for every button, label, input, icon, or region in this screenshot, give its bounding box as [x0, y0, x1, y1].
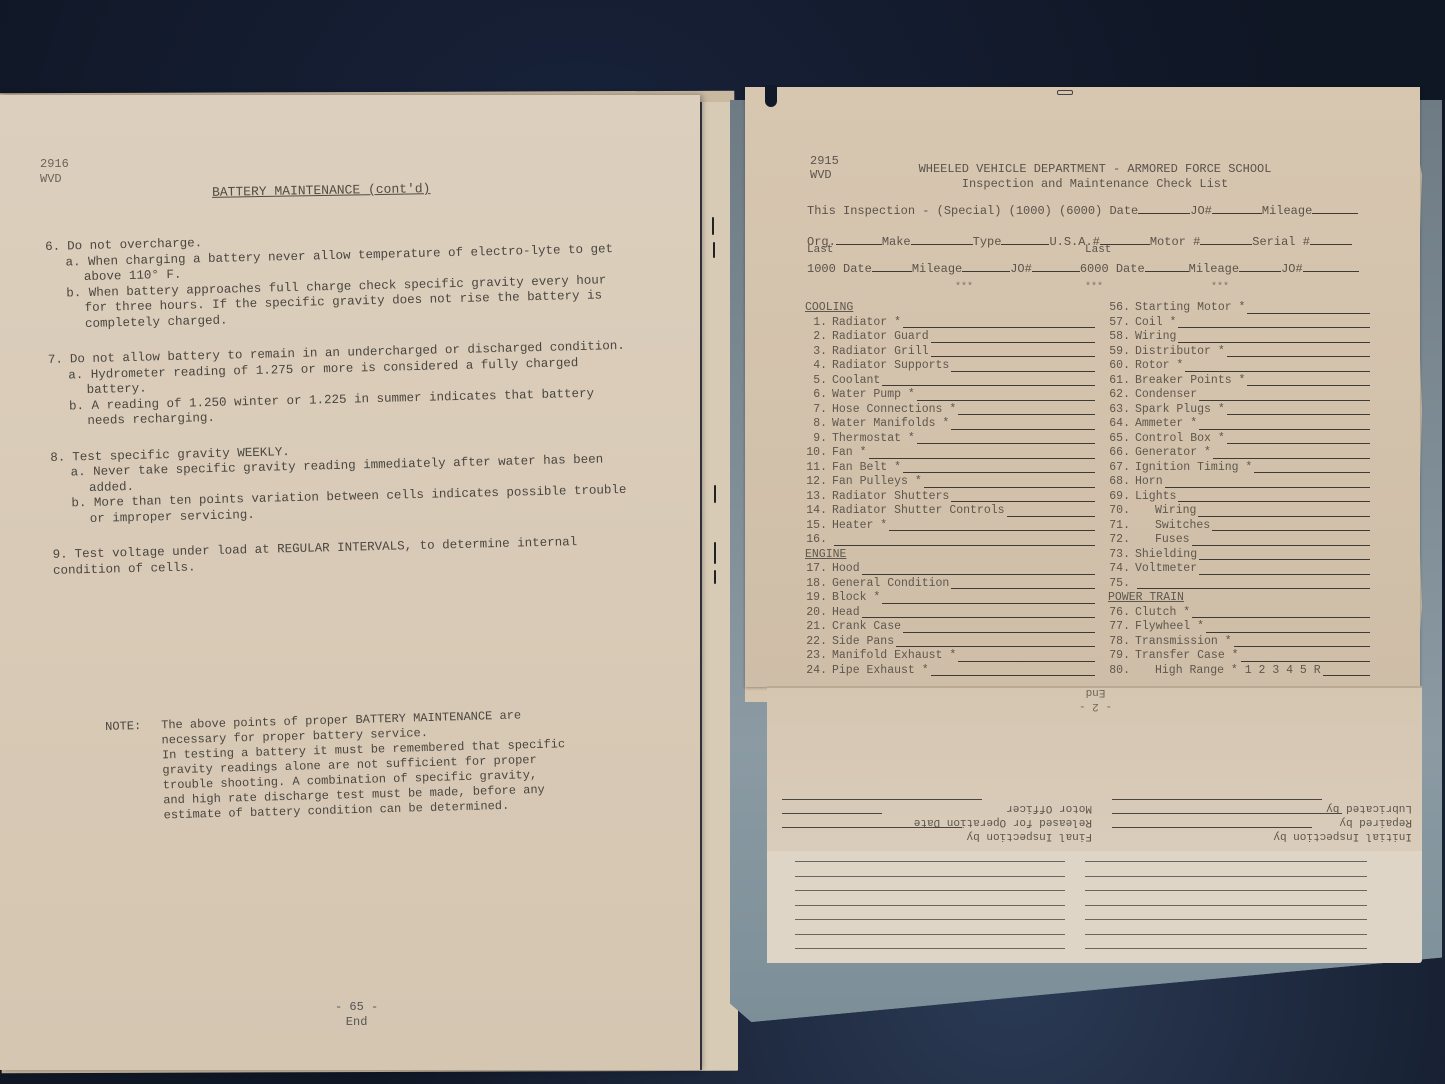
- item-label: Generator *: [1135, 446, 1211, 461]
- item-number: 56.: [1108, 301, 1130, 316]
- item-number: 19.: [805, 591, 827, 606]
- item-number: 9.: [805, 432, 827, 447]
- item-number: 63.: [1108, 403, 1130, 418]
- ruled-line[interactable]: [795, 905, 1065, 906]
- item-number: 24.: [805, 664, 827, 679]
- item-number: 76.: [1108, 606, 1130, 621]
- checklist-row: 67.Ignition Timing *: [1108, 461, 1370, 476]
- entry-line[interactable]: [1206, 632, 1370, 633]
- item-label: Transmission *: [1135, 635, 1232, 650]
- item-label: Coil *: [1135, 316, 1176, 331]
- item-number: 70.: [1108, 504, 1130, 519]
- end-label: End: [1079, 685, 1112, 699]
- checklist-row: 4.Radiator Supports: [805, 359, 1095, 374]
- entry-line[interactable]: [1241, 661, 1370, 662]
- item-number: 23.: [805, 649, 827, 664]
- entry-line[interactable]: [882, 603, 1095, 604]
- ruled-line[interactable]: [795, 934, 1065, 935]
- entry-line[interactable]: [1213, 458, 1370, 459]
- item-number: 4.: [805, 359, 827, 374]
- checklist-row: 63.Spark Plugs *: [1108, 403, 1370, 418]
- maintenance-item: 9.Test voltage under load at REGULAR INT…: [53, 533, 644, 578]
- entry-line[interactable]: [862, 574, 1095, 575]
- entry-line[interactable]: [958, 414, 1095, 415]
- entry-line[interactable]: [951, 371, 1095, 372]
- item-label: Side Pans: [832, 635, 894, 650]
- entry-line[interactable]: [1199, 400, 1370, 401]
- inspection-checklist-page: 2915 WVD WHEELED VEHICLE DEPARTMENT - AR…: [745, 87, 1420, 687]
- note-text: The above points of proper BATTERY MAINT…: [161, 706, 608, 823]
- item-number: 20.: [805, 606, 827, 621]
- item-label: Crank Case: [832, 620, 901, 635]
- checklist-row: 7.Hose Connections *: [805, 403, 1095, 418]
- make-label: Make: [882, 235, 911, 249]
- checklist-row: 70.Wiring: [1108, 504, 1370, 519]
- item-text: Do not overcharge.: [67, 236, 202, 253]
- separator: ***: [1085, 282, 1103, 293]
- item-number: 12.: [805, 475, 827, 490]
- checklist-subtitle: Inspection and Maintenance Check List: [905, 177, 1285, 192]
- last-1000-mileage-field[interactable]: [962, 261, 1010, 272]
- checklist-row: 22.Side Pans: [805, 635, 1095, 650]
- entry-line[interactable]: [1199, 559, 1370, 560]
- item-number: 74.: [1108, 562, 1130, 577]
- maintenance-item: 7.Do not allow battery to remain in an u…: [48, 339, 640, 431]
- item-label: Fan Belt *: [832, 461, 901, 476]
- motor-number-label: Motor #: [1150, 235, 1200, 249]
- entry-line[interactable]: [896, 646, 1095, 647]
- ruled-line[interactable]: [1085, 919, 1367, 920]
- ruled-line[interactable]: [1085, 905, 1367, 906]
- department-title: WHEELED VEHICLE DEPARTMENT - ARMORED FOR…: [905, 162, 1285, 177]
- entry-line[interactable]: [931, 675, 1095, 676]
- battery-maintenance-page: 2916 WVD BATTERY MAINTENANCE (cont'd) 6.…: [0, 95, 700, 1070]
- item-number: 18.: [805, 577, 827, 592]
- item-label: Water Manifolds *: [832, 417, 949, 432]
- entry-line[interactable]: [1247, 385, 1370, 386]
- sub-item-letter: a.: [65, 255, 80, 269]
- checklist-row: 62.Condenser: [1108, 388, 1370, 403]
- ruled-line[interactable]: [795, 861, 1065, 862]
- jo-field[interactable]: [1212, 203, 1262, 214]
- entry-line[interactable]: [1227, 443, 1370, 444]
- item-number: 11.: [805, 461, 827, 476]
- item-number: 78.: [1108, 635, 1130, 650]
- entry-line[interactable]: [1178, 342, 1370, 343]
- entry-line[interactable]: [1007, 516, 1095, 517]
- checklist-column-right: 56.Starting Motor *57.Coil *58.Wiring59.…: [1108, 301, 1370, 678]
- entry-line[interactable]: [924, 487, 1095, 488]
- ruled-line[interactable]: [1085, 876, 1367, 877]
- entry-line[interactable]: [862, 617, 1095, 618]
- item-number: 6.: [805, 388, 827, 403]
- checklist-row: 17.Hood: [805, 562, 1095, 577]
- checklist-row: 80.High Range * 1 2 3 4 5 R: [1108, 664, 1370, 679]
- maintenance-items: 6.Do not overcharge.a. When charging a b…: [45, 226, 644, 599]
- entry-line[interactable]: [951, 588, 1095, 589]
- checklist-row: 68.Horn: [1108, 475, 1370, 490]
- last-6000-jo-label: JO#: [1281, 262, 1303, 276]
- flipped-page-footer: - 2 - End: [1079, 685, 1112, 713]
- item-label: Radiator Shutters: [832, 490, 949, 505]
- entry-line[interactable]: [931, 356, 1095, 357]
- entry-line[interactable]: [917, 400, 1095, 401]
- initial-signature-labels: Initial Inspection by Repaired by Lubric…: [1273, 801, 1412, 843]
- item-number: 64.: [1108, 417, 1130, 432]
- note-block: NOTE: The above points of proper BATTERY…: [105, 706, 608, 825]
- checklist-title: WHEELED VEHICLE DEPARTMENT - ARMORED FOR…: [905, 162, 1285, 192]
- item-number: 75.: [1108, 577, 1130, 592]
- item-number: 73.: [1108, 548, 1130, 563]
- entry-line[interactable]: [1165, 487, 1370, 488]
- mileage-field[interactable]: [1312, 203, 1358, 214]
- checklist-row: 3.Radiator Grill: [805, 345, 1095, 360]
- item-number: 3.: [805, 345, 827, 360]
- item-number: 21.: [805, 620, 827, 635]
- page-footer: - 65 - End: [335, 1000, 378, 1030]
- checklist-row: 8.Water Manifolds *: [805, 417, 1095, 432]
- staple-icon: [1057, 90, 1073, 95]
- item-label: Ignition Timing *: [1135, 461, 1252, 476]
- vehicle-info-line: Org.MakeTypeU.S.A.#Motor #Serial #: [807, 234, 1352, 249]
- item-label: Heater *: [832, 519, 887, 534]
- last-1000-jo-label: JO#: [1010, 262, 1032, 276]
- upside-down-content: - 2 - End Initial Inspection by Repaired…: [767, 688, 1422, 853]
- checklist-row: 78.Transmission *: [1108, 635, 1370, 650]
- checklist-row: 6.Water Pump *: [805, 388, 1095, 403]
- item-label: Radiator Guard: [832, 330, 929, 345]
- item-label: Coolant: [832, 374, 880, 389]
- last-label: Last: [807, 245, 833, 256]
- item-label: Radiator Supports: [832, 359, 949, 374]
- entry-line[interactable]: [869, 458, 1095, 459]
- item-label: Radiator Shutter Controls: [832, 504, 1005, 519]
- signature-line[interactable]: [782, 799, 982, 801]
- checklist-row: 75.: [1108, 577, 1370, 592]
- entry-line[interactable]: [882, 385, 1095, 386]
- item-number: 59.: [1108, 345, 1130, 360]
- item-number: 7.: [805, 403, 827, 418]
- item-heading: 9.Test voltage under load at REGULAR INT…: [53, 533, 644, 578]
- checklist-row: 9.Thermostat *: [805, 432, 1095, 447]
- last-6000-jo-field[interactable]: [1303, 261, 1359, 272]
- item-number: 17.: [805, 562, 827, 577]
- motor-number-field[interactable]: [1200, 234, 1252, 245]
- item-number: 61.: [1108, 374, 1130, 389]
- checklist-row: 66.Generator *: [1108, 446, 1370, 461]
- entry-line[interactable]: [1227, 356, 1370, 357]
- jo-label: JO#: [1190, 204, 1212, 218]
- checklist-column-left: COOLING1.Radiator *2.Radiator Guard3.Rad…: [805, 301, 1095, 678]
- signature-line[interactable]: [1112, 813, 1342, 815]
- item-label: Horn: [1135, 475, 1163, 490]
- item-label: Rotor *: [1135, 359, 1183, 374]
- checklist-row: 72.Fuses: [1108, 533, 1370, 548]
- entry-line[interactable]: [834, 545, 1095, 546]
- item-number: 69.: [1108, 490, 1130, 505]
- sub-item-letter: b.: [66, 286, 81, 300]
- checklist-row: 16.: [805, 533, 1095, 548]
- item-number: 77.: [1108, 620, 1130, 635]
- note-label: NOTE:: [105, 719, 141, 735]
- item-label: Fan *: [832, 446, 867, 461]
- separator: ***: [955, 282, 973, 293]
- item-number: 14.: [805, 504, 827, 519]
- checklist-row: 71.Switches: [1108, 519, 1370, 534]
- entry-line[interactable]: [1192, 545, 1370, 546]
- item-number: 71.: [1108, 519, 1130, 534]
- checklist-row: 10.Fan *: [805, 446, 1095, 461]
- type-field[interactable]: [1001, 234, 1049, 245]
- maintenance-item: 6.Do not overcharge.a. When charging a b…: [45, 226, 637, 333]
- doc-number: 2915: [810, 154, 839, 168]
- item-number: 79.: [1108, 649, 1130, 664]
- item-label: Voltmeter: [1135, 562, 1197, 577]
- item-label: Spark Plugs *: [1135, 403, 1225, 418]
- checklist-row: 19.Block *: [805, 591, 1095, 606]
- entry-line[interactable]: [1234, 646, 1370, 647]
- item-number: 22.: [805, 635, 827, 650]
- sub-item-letter: b.: [69, 399, 84, 413]
- checklist-row: 20.Head: [805, 606, 1095, 621]
- item-label: Lights: [1135, 490, 1176, 505]
- mileage-label: Mileage: [1262, 204, 1312, 218]
- checklist-row: 73.Shielding: [1108, 548, 1370, 563]
- checklist-row: 12.Fan Pulleys *: [805, 475, 1095, 490]
- sub-item-letter: a.: [71, 465, 86, 479]
- signature-line[interactable]: [1112, 799, 1322, 801]
- entry-line[interactable]: [903, 632, 1095, 633]
- item-label: Radiator Grill: [832, 345, 929, 360]
- entry-line[interactable]: [1192, 617, 1370, 618]
- ruled-line[interactable]: [795, 919, 1065, 920]
- sub-item-letter: a.: [68, 368, 83, 382]
- item-label: Hood: [832, 562, 860, 577]
- item-number: 60.: [1108, 359, 1130, 374]
- entry-line[interactable]: [1178, 501, 1370, 502]
- entry-line[interactable]: [903, 327, 1095, 328]
- serial-number-field[interactable]: [1310, 234, 1352, 245]
- item-number: 5.: [805, 374, 827, 389]
- checklist-row: 13.Radiator Shutters: [805, 490, 1095, 505]
- binding-stitch: [714, 542, 716, 564]
- item-label: Ammeter *: [1135, 417, 1197, 432]
- item-label: Flywheel *: [1135, 620, 1204, 635]
- entry-line[interactable]: [903, 472, 1095, 473]
- item-number: 68.: [1108, 475, 1130, 490]
- item-number: 65.: [1108, 432, 1130, 447]
- checklist-row: 14.Radiator Shutter Controls: [805, 504, 1095, 519]
- item-number: 62.: [1108, 388, 1130, 403]
- org-field[interactable]: [836, 234, 882, 245]
- checklist-row: 74.Voltmeter: [1108, 562, 1370, 577]
- checklist-row: 1.Radiator *: [805, 316, 1095, 331]
- item-number: 9.: [53, 547, 75, 563]
- item-number: 66.: [1108, 446, 1130, 461]
- page-number: - 65 -: [335, 1000, 378, 1015]
- checklist-row: 56.Starting Motor *: [1108, 301, 1370, 316]
- entry-line[interactable]: [958, 661, 1095, 662]
- item-label: High Range * 1 2 3 4 5 R: [1135, 664, 1321, 679]
- final-signature-labels: Final Inspection by Released for Operati…: [914, 801, 1092, 843]
- item-label: Radiator *: [832, 316, 901, 331]
- checklist-row: 15.Heater *: [805, 519, 1095, 534]
- item-number: 57.: [1108, 316, 1130, 331]
- item-label: Wiring: [1135, 330, 1176, 345]
- item-number: 8.: [50, 450, 72, 466]
- item-number: 8.: [805, 417, 827, 432]
- entry-line[interactable]: [1199, 574, 1370, 575]
- ruled-line[interactable]: [1085, 890, 1367, 891]
- last-6000-mileage-field[interactable]: [1239, 261, 1281, 272]
- item-number: 58.: [1108, 330, 1130, 345]
- item-number: 2.: [805, 330, 827, 345]
- page-title: BATTERY MAINTENANCE (cont'd): [212, 181, 431, 200]
- checklist-row: 59.Distributor *: [1108, 345, 1370, 360]
- item-number: 15.: [805, 519, 827, 534]
- checklist-row: 60.Rotor *: [1108, 359, 1370, 374]
- item-number: 67.: [1108, 461, 1130, 476]
- signature-line[interactable]: [782, 827, 962, 829]
- checklist-row: 79.Transfer Case *: [1108, 649, 1370, 664]
- entry-line[interactable]: [951, 429, 1095, 430]
- ruled-line[interactable]: [795, 948, 1065, 949]
- last-service-line: 1000 DateMileageJO#6000 DateMileageJO#: [807, 261, 1359, 276]
- ruled-line[interactable]: [1085, 861, 1367, 862]
- last-label: Last: [1085, 245, 1111, 256]
- document-code: 2915 WVD: [810, 154, 839, 182]
- signature-line[interactable]: [1112, 827, 1312, 829]
- entry-line[interactable]: [931, 342, 1095, 343]
- sub-item-letter: b.: [71, 496, 86, 510]
- checklist-row: 5.Coolant: [805, 374, 1095, 389]
- checklist-row: 77.Flywheel *: [1108, 620, 1370, 635]
- item-label: Condenser: [1135, 388, 1197, 403]
- item-number: 6.: [45, 239, 67, 255]
- entry-line[interactable]: [1199, 429, 1370, 430]
- item-label: General Condition: [832, 577, 949, 592]
- entry-line[interactable]: [1185, 371, 1370, 372]
- entry-line[interactable]: [951, 501, 1095, 502]
- item-number: 7.: [48, 352, 70, 368]
- last-1000-mileage-label: Mileage: [912, 262, 962, 276]
- entry-line[interactable]: [1137, 588, 1370, 589]
- ruled-line[interactable]: [1085, 934, 1367, 935]
- binding-stitch: [714, 570, 716, 584]
- ruled-notes-area: [767, 851, 1422, 963]
- signature-line[interactable]: [782, 813, 882, 815]
- end-label: End: [335, 1015, 378, 1030]
- item-label: Wiring: [1135, 504, 1196, 519]
- checklist-row: 24.Pipe Exhaust *: [805, 664, 1095, 679]
- last-6000-date-label: 6000 Date: [1080, 262, 1145, 276]
- punch-notch: [765, 85, 777, 107]
- doc-number: 2916: [40, 157, 69, 172]
- entry-line[interactable]: [1178, 327, 1370, 328]
- checklist-row: 61.Breaker Points *: [1108, 374, 1370, 389]
- item-label: Breaker Points *: [1135, 374, 1245, 389]
- checklist-row: 69.Lights: [1108, 490, 1370, 505]
- item-text: Test voltage under load at REGULAR INTER…: [53, 535, 577, 577]
- entry-line[interactable]: [1247, 313, 1370, 314]
- binding-stitch: [714, 485, 716, 503]
- entry-line[interactable]: [917, 443, 1095, 444]
- item-label: Clutch *: [1135, 606, 1190, 621]
- binding-stitch: [712, 217, 714, 235]
- section-heading: POWER TRAIN: [1108, 591, 1370, 606]
- doc-dept: WVD: [40, 172, 69, 187]
- last-1000-date-field[interactable]: [872, 261, 912, 272]
- type-label: Type: [973, 235, 1002, 249]
- last-1000-date-label: 1000 Date: [807, 262, 872, 276]
- item-number: 16.: [805, 533, 827, 548]
- item-label: Shielding: [1135, 548, 1197, 563]
- item-label: Control Box *: [1135, 432, 1225, 447]
- last-6000-date-field[interactable]: [1145, 261, 1189, 272]
- separator: ***: [1211, 282, 1229, 293]
- item-number: 10.: [805, 446, 827, 461]
- doc-dept: WVD: [810, 168, 839, 182]
- checklist-row: 65.Control Box *: [1108, 432, 1370, 447]
- flipped-signature-page: - 2 - End Initial Inspection by Repaired…: [767, 686, 1422, 853]
- item-number: 1.: [805, 316, 827, 331]
- binding-stitch: [713, 242, 715, 258]
- make-field[interactable]: [911, 234, 973, 245]
- section-heading: ENGINE: [805, 548, 1095, 563]
- item-label: Hose Connections *: [832, 403, 956, 418]
- item-number: 72.: [1108, 533, 1130, 548]
- entry-line[interactable]: [1212, 530, 1370, 531]
- item-label: Manifold Exhaust *: [832, 649, 956, 664]
- section-heading: COOLING: [805, 301, 1095, 316]
- inspection-line: This Inspection - (Special) (1000) (6000…: [807, 203, 1358, 218]
- checklist-row: 57.Coil *: [1108, 316, 1370, 331]
- entry-line[interactable]: [1323, 675, 1370, 676]
- checklist-row: 76.Clutch *: [1108, 606, 1370, 621]
- checklist-row: 2.Radiator Guard: [805, 330, 1095, 345]
- last-1000-jo-field[interactable]: [1032, 261, 1080, 272]
- ruled-line[interactable]: [795, 890, 1065, 891]
- page-number: - 2 -: [1079, 699, 1112, 713]
- last-6000-mileage-label: Mileage: [1189, 262, 1239, 276]
- checklist-row: 23.Manifold Exhaust *: [805, 649, 1095, 664]
- entry-line[interactable]: [1198, 516, 1370, 517]
- item-number: 80.: [1108, 664, 1130, 679]
- item-label: Fuses: [1135, 533, 1190, 548]
- item-label: Switches: [1135, 519, 1210, 534]
- checklist-row: 11.Fan Belt *: [805, 461, 1095, 476]
- date-field[interactable]: [1138, 203, 1190, 214]
- item-label: Fan Pulleys *: [832, 475, 922, 490]
- entry-line[interactable]: [1227, 414, 1370, 415]
- item-label: Thermostat *: [832, 432, 915, 447]
- item-label: Transfer Case *: [1135, 649, 1239, 664]
- maintenance-item: 8.Test specific gravity WEEKLY.a. Never …: [50, 436, 642, 528]
- ruled-line[interactable]: [1085, 948, 1367, 949]
- document-code: 2916 WVD: [40, 157, 69, 187]
- ruled-line[interactable]: [795, 876, 1065, 877]
- item-label: Starting Motor *: [1135, 301, 1245, 316]
- item-label: Water Pump *: [832, 388, 915, 403]
- serial-number-label: Serial #: [1252, 235, 1310, 249]
- entry-line[interactable]: [889, 530, 1095, 531]
- checklist-row: 18.General Condition: [805, 577, 1095, 592]
- checklist-row: 58.Wiring: [1108, 330, 1370, 345]
- item-label: Distributor *: [1135, 345, 1225, 360]
- item-number: 13.: [805, 490, 827, 505]
- entry-line[interactable]: [1254, 472, 1370, 473]
- item-label: Pipe Exhaust *: [832, 664, 929, 679]
